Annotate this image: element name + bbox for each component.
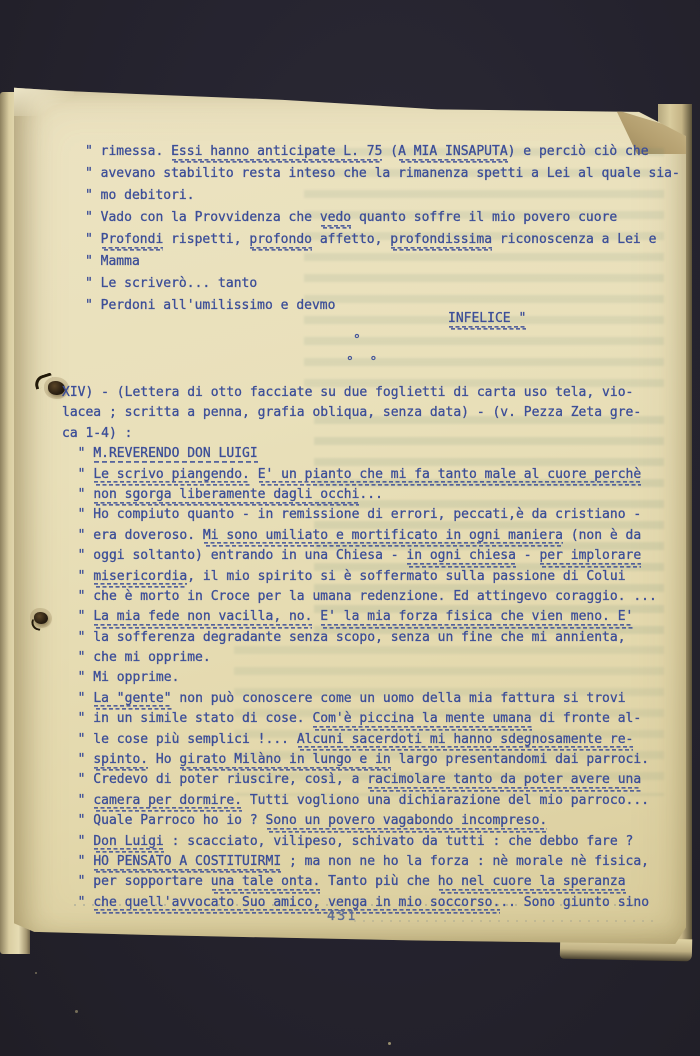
- underlined-text: in ogni chiesa: [406, 548, 516, 563]
- text-line: " mo debitori.: [85, 185, 680, 207]
- text-line: °: [353, 330, 680, 352]
- underlined-text: E' la mia forza fisica che vien meno. E': [320, 609, 633, 624]
- underlined-text: Don Luigi: [93, 834, 163, 849]
- photo-background: { "colors":{"paper":"#e8dfb8","ink":"#3c…: [0, 0, 700, 1056]
- page-number: 431: [327, 908, 357, 924]
- underlined-text: una tale onta.: [211, 874, 321, 889]
- text-segment: ": [62, 691, 93, 706]
- text-segment: Tutti vogliono una dichiarazione del mio…: [242, 793, 649, 808]
- underlined-text: M.REVERENDO DON LUIGI: [93, 446, 257, 461]
- underlined-text: per implorare: [539, 548, 641, 563]
- underlined-text: profondissima: [390, 232, 492, 247]
- text-line: " che mi opprime.: [62, 648, 657, 668]
- page-top-highlight: [14, 86, 74, 116]
- underlined-text: camera per dormire.: [93, 793, 242, 808]
- text-segment: XIV) - (Lettera di otto facciate su due …: [62, 385, 633, 400]
- text-segment: ": [85, 232, 101, 247]
- text-line: " Quale Parroco ho io ? Sono un povero v…: [62, 811, 657, 831]
- text-line: " Profondi rispetti, profondo affetto, p…: [85, 229, 680, 251]
- text-segment: " Ho compiuto quanto - in remissione di …: [62, 507, 641, 522]
- underlined-text: spinto.: [93, 752, 148, 767]
- text-segment: " la sofferenza degradante senza scopo, …: [62, 630, 626, 645]
- text-segment: .. Sono giunto sino: [500, 895, 649, 910]
- text-segment: " Quale Parroco ho io ?: [62, 813, 266, 828]
- binding-brad-bottom: [34, 612, 48, 624]
- text-segment: : scacciato, vilipeso, schivato da tutti…: [164, 834, 634, 849]
- text-line: " La "gente" non può conoscere come un u…: [62, 689, 657, 709]
- text-segment: " per sopportare: [62, 874, 211, 889]
- text-segment: Tanto più che: [320, 874, 437, 889]
- text-segment: " Perdoni all'umilissimo e devmo: [85, 298, 335, 313]
- text-segment: Ho: [148, 752, 179, 767]
- text-line: " Le scrivo piangendo. E' un pianto che …: [62, 465, 657, 485]
- text-line: " che quell'avvocato Suo amico, venga in…: [62, 893, 657, 913]
- text-segment: °: [353, 333, 361, 348]
- text-line: " Vado con la Provvidenza che vedo quant…: [85, 207, 680, 229]
- text-segment: ": [62, 446, 93, 461]
- text-segment: affetto,: [312, 232, 390, 247]
- text-line: ° °: [346, 352, 680, 374]
- text-segment: " avevano stabilito resta inteso che la …: [85, 166, 680, 181]
- text-segment: ) e perciò ciò che: [508, 144, 649, 159]
- underlined-text: La "gente": [93, 691, 171, 706]
- document-page: " rimessa. Essi hanno anticipate L. 75 (…: [14, 86, 686, 950]
- text-segment: riconoscenza a Lei e: [492, 232, 656, 247]
- underlined-text: vedo: [320, 210, 351, 225]
- underlined-text: HO PENSATO A COSTITUIRMI: [93, 854, 281, 869]
- text-line: " Mi opprime.: [62, 668, 657, 688]
- text-line: XIV) - (Lettera di otto facciate su due …: [62, 383, 657, 403]
- text-segment: ": [62, 834, 93, 849]
- text-segment: ": [62, 609, 93, 624]
- text-segment: ": [62, 752, 93, 767]
- underlined-text: racimolare tanto da poter avere una: [367, 772, 641, 787]
- text-segment: ": [62, 895, 93, 910]
- underlined-text: A MIA INSAPUTA: [398, 144, 508, 159]
- dust-speck: [388, 1042, 391, 1045]
- underlined-text: Mi sono umiliato e mortificato in ogni m…: [203, 528, 563, 543]
- underlined-text: E' un pianto che mi fa tanto male al cuo…: [258, 467, 642, 482]
- underlined-text: Sono un povero vagabondo incompreso.: [266, 813, 548, 828]
- text-segment: ": [62, 854, 93, 869]
- text-segment: " le cose più semplici !...: [62, 732, 297, 747]
- text-segment: ° °: [346, 355, 377, 370]
- underlined-text: Le scrivo piangendo.: [93, 467, 250, 482]
- letter-xiv-block: XIV) - (Lettera di otto facciate su due …: [62, 383, 657, 913]
- text-segment: non può conoscere come un uomo della mia…: [172, 691, 626, 706]
- text-segment: quanto soffre il mio povero cuore: [351, 210, 617, 225]
- text-segment: " Mi opprime.: [62, 670, 179, 685]
- text-segment: " che mi opprime.: [62, 650, 211, 665]
- text-line: " HO PENSATO A COSTITUIRMI ; ma non ne h…: [62, 852, 657, 872]
- underlined-text: Essi hanno anticipate L. 75: [171, 144, 382, 159]
- text-segment: (: [382, 144, 398, 159]
- text-line: " le cose più semplici !... Alcuni sacer…: [62, 730, 657, 750]
- text-line: " rimessa. Essi hanno anticipate L. 75 (…: [85, 141, 680, 163]
- text-segment: ": [62, 467, 93, 482]
- text-line: " Don Luigi : scacciato, vilipeso, schiv…: [62, 832, 657, 852]
- text-line: " Ho compiuto quanto - in remissione di …: [62, 505, 657, 525]
- text-segment: -: [516, 548, 539, 563]
- text-segment: ": [62, 487, 93, 502]
- text-segment: " in un simile stato di cose.: [62, 711, 312, 726]
- text-segment: ; ma non ne ho la forza : nè morale nè f…: [281, 854, 649, 869]
- text-line: " era doveroso. Mi sono umiliato e morti…: [62, 526, 657, 546]
- text-line: " Credevo di poter riuscire, così, a rac…: [62, 770, 657, 790]
- underlined-text: Com'è piccina la mente umana: [312, 711, 531, 726]
- text-line: " M.REVERENDO DON LUIGI: [62, 444, 657, 464]
- text-line: ca 1-4) :: [62, 424, 657, 444]
- underlined-text: misericordia: [93, 569, 187, 584]
- text-segment: " che è morto in Croce per la umana rede…: [62, 589, 657, 604]
- text-line: lacea ; scritta a penna, grafia obliqua,…: [62, 403, 657, 423]
- dotted-guide-line: [354, 920, 654, 922]
- text-segment: " oggi soltanto) entrando in una Chiesa …: [62, 548, 406, 563]
- underlined-text: che quell'avvocato Suo amico, venga in m…: [93, 895, 500, 910]
- text-line: " La mia fede non vacilla, no. E' la mia…: [62, 607, 657, 627]
- underlined-text: Alcuni sacerdoti mi hanno sdegnosamente …: [297, 732, 634, 747]
- text-line: " avevano stabilito resta inteso che la …: [85, 163, 680, 185]
- text-segment: ": [62, 793, 93, 808]
- text-segment: largo presentandomi dai parroci.: [391, 752, 649, 767]
- underlined-text: profondo: [249, 232, 312, 247]
- underlined-text: La mia fede non vacilla, no.: [93, 609, 312, 624]
- text-segment: " Credevo di poter riuscire, così, a: [62, 772, 367, 787]
- text-segment: ca 1-4) :: [62, 426, 132, 441]
- text-segment: rispetti,: [163, 232, 249, 247]
- text-segment: " Vado con la Provvidenza che: [85, 210, 320, 225]
- text-segment: [250, 467, 258, 482]
- text-segment: " Le scriverò... tanto: [85, 276, 257, 291]
- text-segment: (non è da: [563, 528, 641, 543]
- text-segment: " rimessa.: [85, 144, 171, 159]
- text-line: " Le scriverò... tanto: [85, 273, 680, 295]
- underlined-text: Profondi: [101, 232, 164, 247]
- letter-xiii-end-block: " rimessa. Essi hanno anticipate L. 75 (…: [85, 141, 680, 374]
- text-segment: ": [62, 569, 93, 584]
- underlined-text: INFELICE ": [448, 311, 526, 326]
- text-line: " camera per dormire. Tutti vogliono una…: [62, 791, 657, 811]
- dust-speck: [75, 1010, 78, 1013]
- text-segment: lacea ; scritta a penna, grafia obliqua,…: [62, 405, 641, 420]
- text-line: " oggi soltanto) entrando in una Chiesa …: [62, 546, 657, 566]
- text-line: " Mamma: [85, 251, 680, 273]
- text-line: " in un simile stato di cose. Com'è picc…: [62, 709, 657, 729]
- text-segment: di fronte al-: [532, 711, 642, 726]
- text-segment: ...: [359, 487, 382, 502]
- text-segment: " mo debitori.: [85, 188, 195, 203]
- text-line: " misericordia, il mio spirito si è soff…: [62, 567, 657, 587]
- dust-speck: [35, 972, 37, 974]
- text-segment: , il mio spirito si è soffermato sulla p…: [187, 569, 625, 584]
- text-line: " per sopportare una tale onta. Tanto pi…: [62, 872, 657, 892]
- underlined-text: girato Milàno in lungo e in: [179, 752, 390, 767]
- text-line: " non sgorga liberamente dagli occhi...: [62, 485, 657, 505]
- text-line: " che è morto in Croce per la umana rede…: [62, 587, 657, 607]
- text-segment: " era doveroso.: [62, 528, 203, 543]
- underlined-text: non sgorga liberamente dagli occhi: [93, 487, 359, 502]
- text-segment: " Mamma: [85, 254, 140, 269]
- underlined-text: ho nel cuore la speranza: [438, 874, 626, 889]
- text-line: " la sofferenza degradante senza scopo, …: [62, 628, 657, 648]
- text-line: " spinto. Ho girato Milàno in lungo e in…: [62, 750, 657, 770]
- text-line: INFELICE ": [448, 308, 680, 330]
